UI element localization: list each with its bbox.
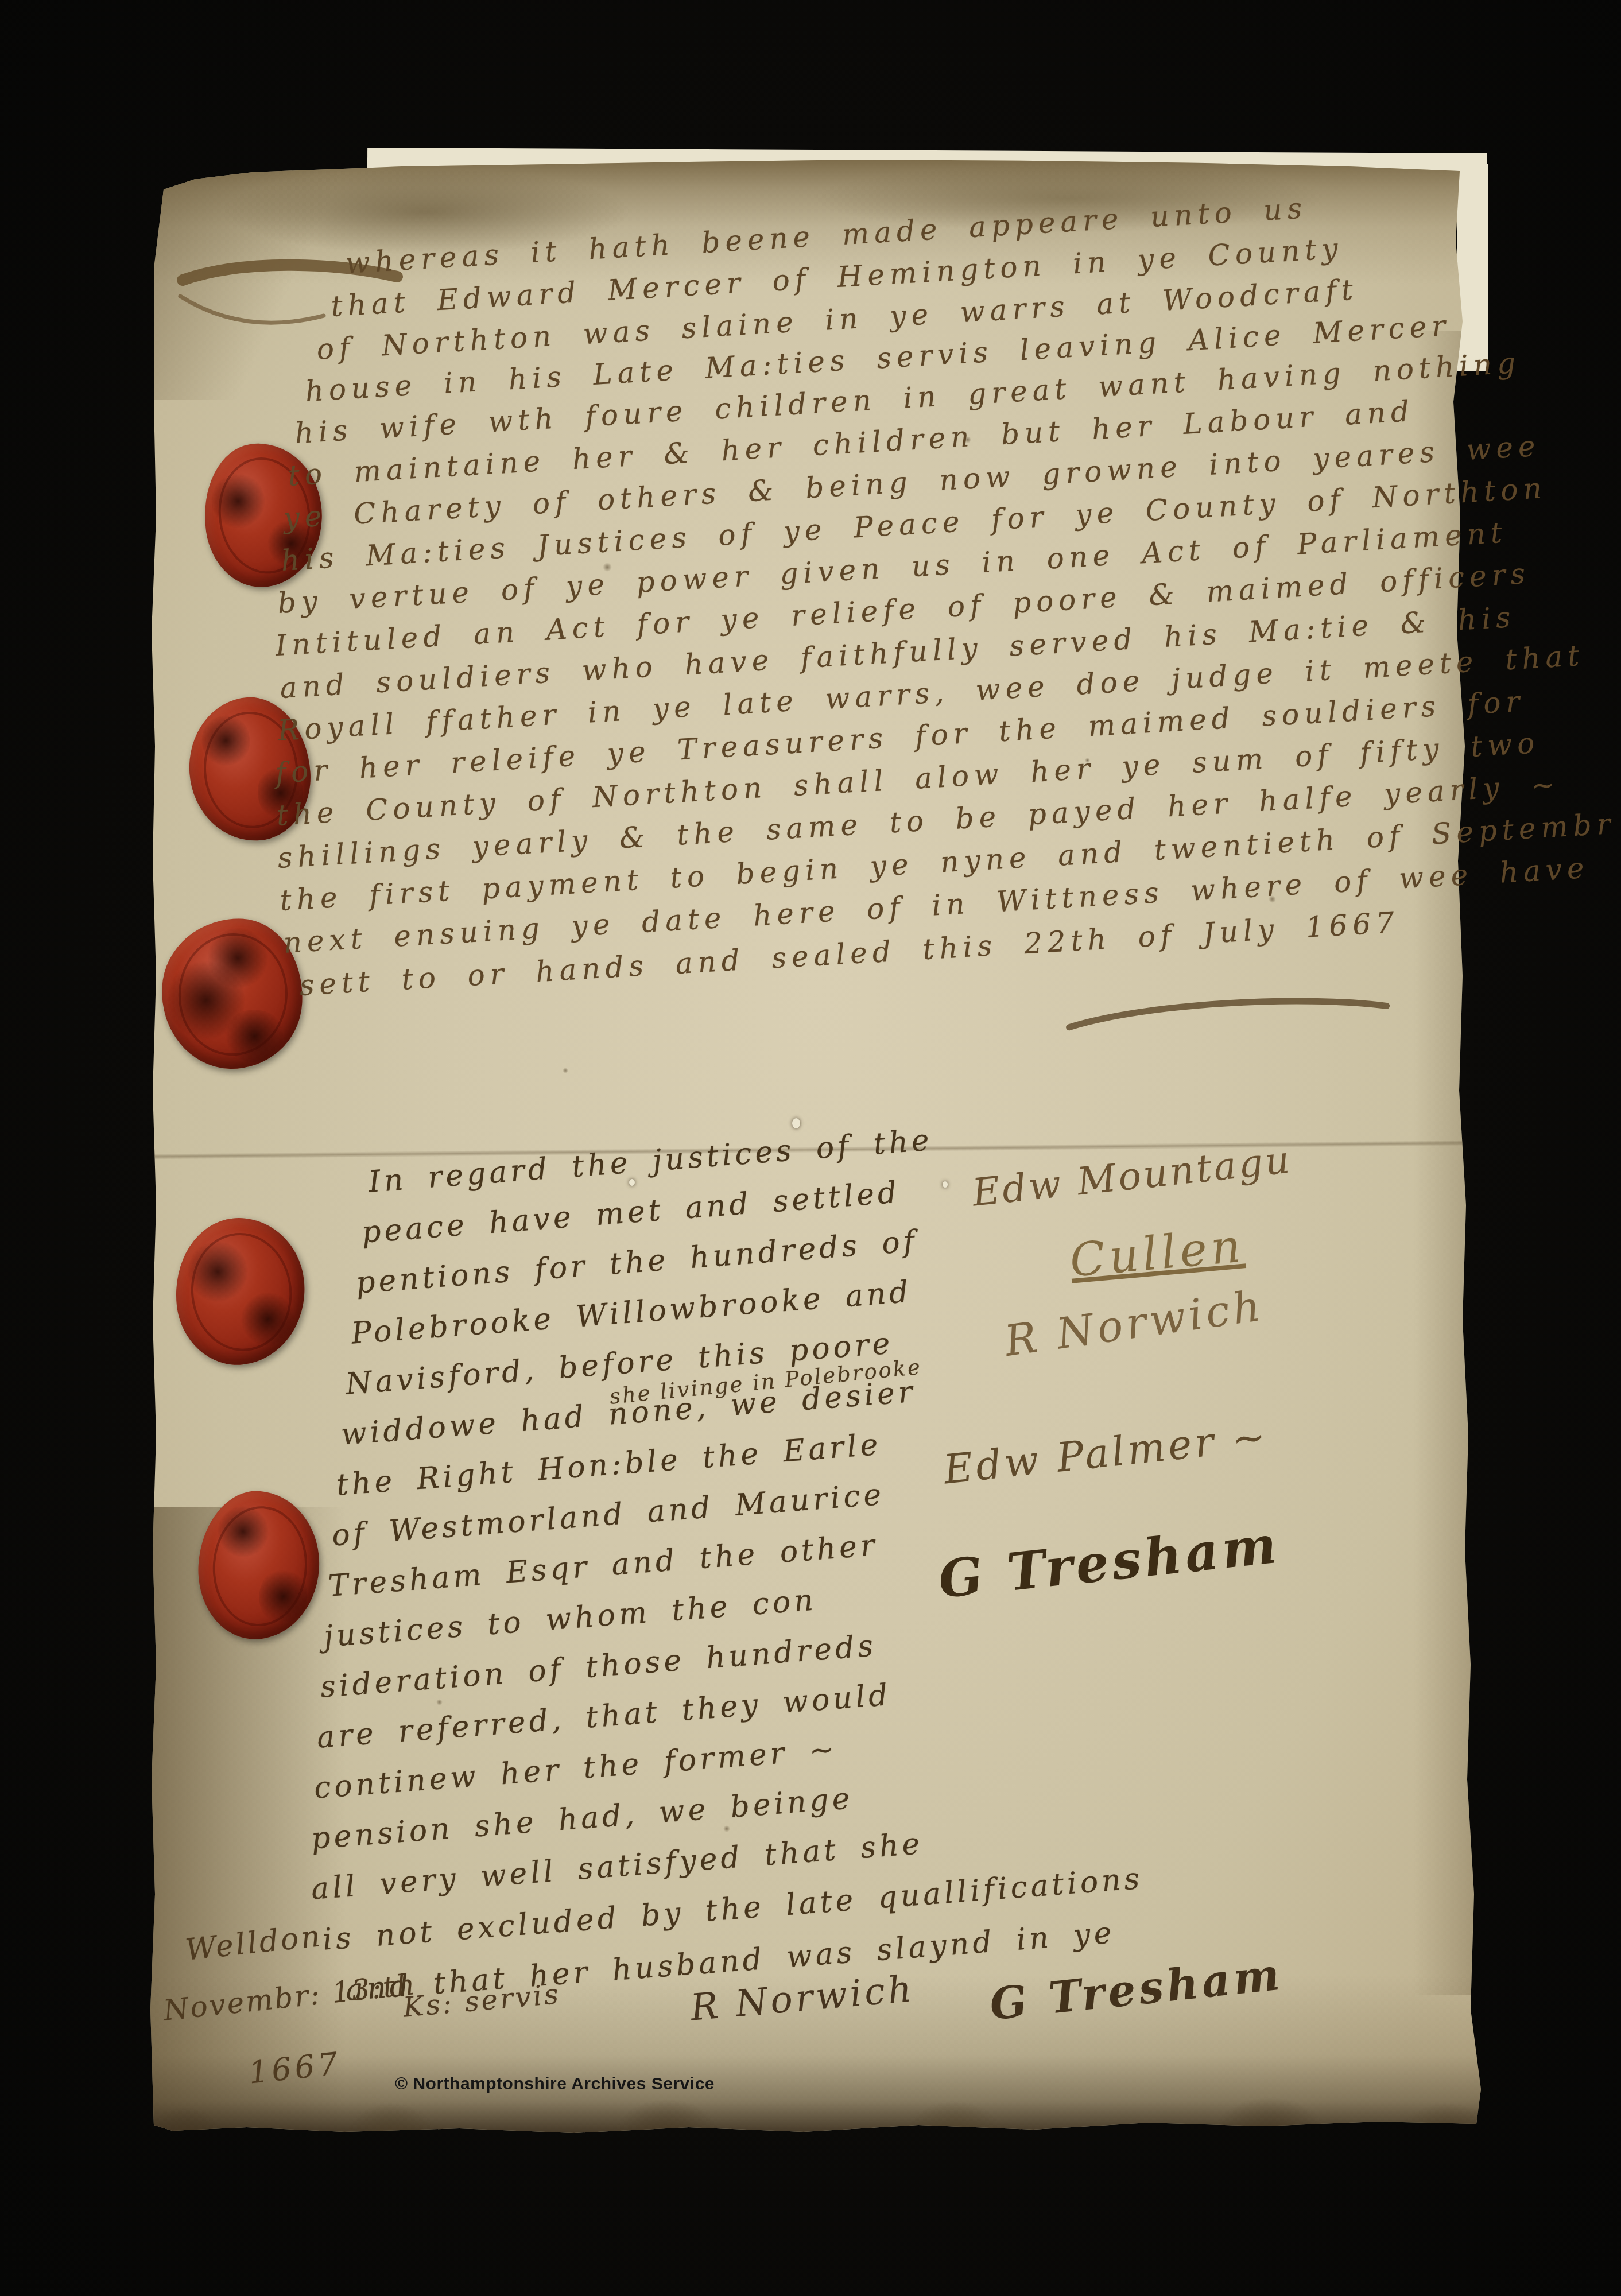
foxing-spot bbox=[563, 1068, 568, 1073]
foxing-spot bbox=[723, 1825, 730, 1832]
foxing-spot bbox=[436, 1699, 443, 1705]
paper-hole bbox=[943, 1181, 948, 1188]
under-sheet-right bbox=[1457, 164, 1488, 371]
archive-credit-watermark: © Northamptonshire Archives Service bbox=[395, 2074, 715, 2094]
paper-hole bbox=[792, 1118, 800, 1128]
paper-hole bbox=[629, 1179, 635, 1186]
archival-photo: whereas it hath beene made appeare unto … bbox=[0, 0, 1621, 2296]
